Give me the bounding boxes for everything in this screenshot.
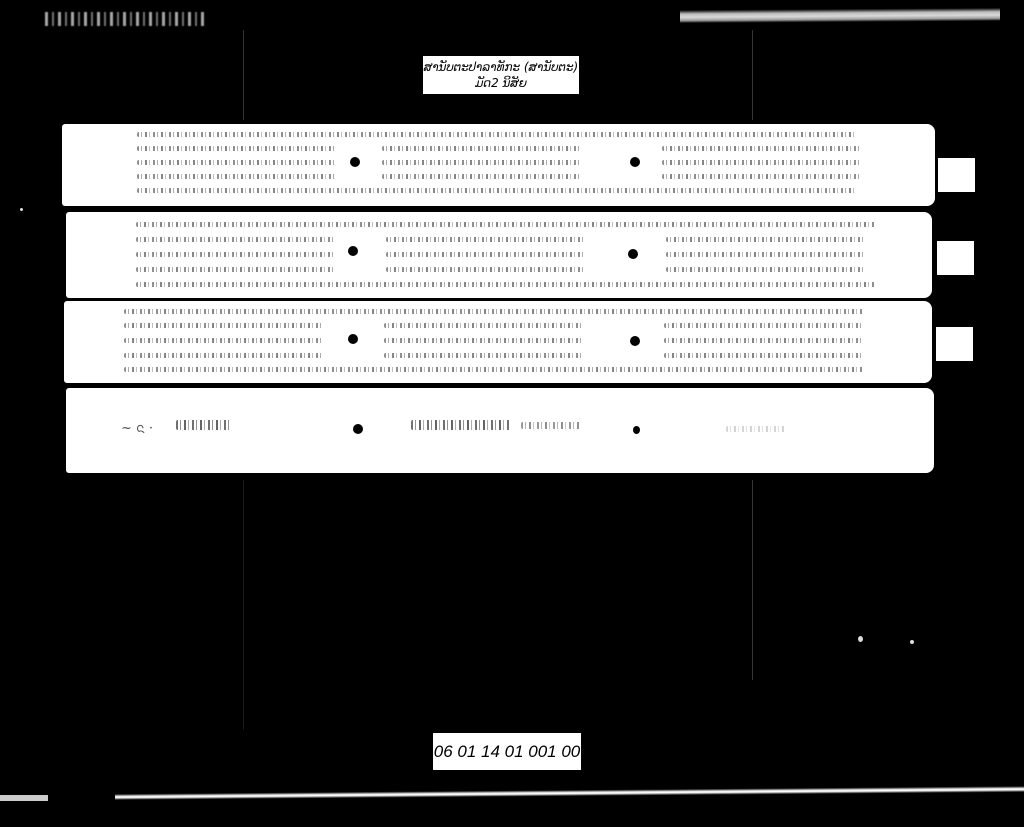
leaf-tab-1 — [938, 158, 975, 192]
scan-edge-artifact — [0, 795, 48, 801]
binding-hole — [348, 246, 358, 256]
scan-edge-artifact — [45, 12, 205, 26]
script-line — [664, 338, 864, 343]
cover-title-script — [176, 420, 231, 430]
collection-title-label: ສານັບຕະປາລາທັກະ (ສານັບຕະ) ມັດ2 ນິສັຍ — [423, 56, 579, 94]
script-line — [386, 237, 586, 242]
script-line — [124, 338, 324, 343]
script-line — [662, 174, 862, 179]
script-line — [666, 237, 866, 242]
collection-title-line1: ສານັບຕະປາລາທັກະ (ສານັບຕະ) — [423, 59, 579, 75]
script-line — [386, 252, 586, 257]
script-line — [666, 252, 866, 257]
script-line — [664, 353, 864, 358]
script-line — [136, 252, 336, 257]
binding-hole — [353, 424, 363, 434]
manuscript-leaf-3 — [64, 301, 932, 383]
script-line — [137, 188, 857, 193]
script-line — [386, 267, 586, 272]
script-line — [382, 174, 582, 179]
binding-hole — [348, 334, 358, 344]
script-line — [662, 160, 862, 165]
dust-speck — [20, 208, 23, 211]
cover-faded-script — [726, 426, 786, 432]
collection-title-line2: ມັດ2 ນິສັຍ — [423, 75, 579, 91]
manuscript-leaf-1 — [62, 124, 935, 206]
script-line — [124, 353, 324, 358]
cover-title-script — [521, 422, 581, 429]
film-scratch — [752, 480, 753, 680]
binding-hole — [633, 426, 640, 434]
script-line — [136, 267, 336, 272]
scan-edge-artifact — [680, 8, 1000, 23]
script-line — [136, 282, 876, 287]
script-line — [124, 323, 324, 328]
film-scratch — [243, 30, 244, 120]
script-line — [382, 146, 582, 151]
script-line — [137, 174, 337, 179]
cover-title-script — [411, 420, 511, 430]
script-line — [137, 160, 337, 165]
manuscript-leaf-2 — [66, 212, 932, 298]
dust-speck — [910, 640, 914, 644]
script-line — [666, 267, 866, 272]
leaf-tab-2 — [937, 241, 974, 275]
binding-hole — [630, 157, 640, 167]
binding-hole — [628, 249, 638, 259]
script-line — [137, 146, 337, 151]
script-line — [662, 146, 862, 151]
script-line — [136, 222, 876, 227]
leaf-tab-3 — [936, 327, 973, 361]
catalog-number-label: 06 01 14 01 001 00 — [433, 733, 581, 770]
script-line — [137, 132, 857, 137]
film-scratch — [752, 30, 753, 120]
binding-hole — [350, 157, 360, 167]
script-line — [384, 353, 584, 358]
script-line — [384, 323, 584, 328]
script-line — [382, 160, 582, 165]
film-scratch — [243, 480, 244, 730]
script-line — [384, 338, 584, 343]
script-line — [136, 237, 336, 242]
dust-speck — [858, 636, 863, 642]
manuscript-leaf-4-cover: ~ ᨶ · — [66, 388, 934, 473]
scan-edge-artifact — [115, 786, 1024, 800]
binding-hole — [630, 336, 640, 346]
script-line — [124, 367, 864, 372]
cover-script-mark: ~ ᨶ · — [121, 418, 153, 439]
script-line — [124, 309, 864, 314]
script-line — [664, 323, 864, 328]
